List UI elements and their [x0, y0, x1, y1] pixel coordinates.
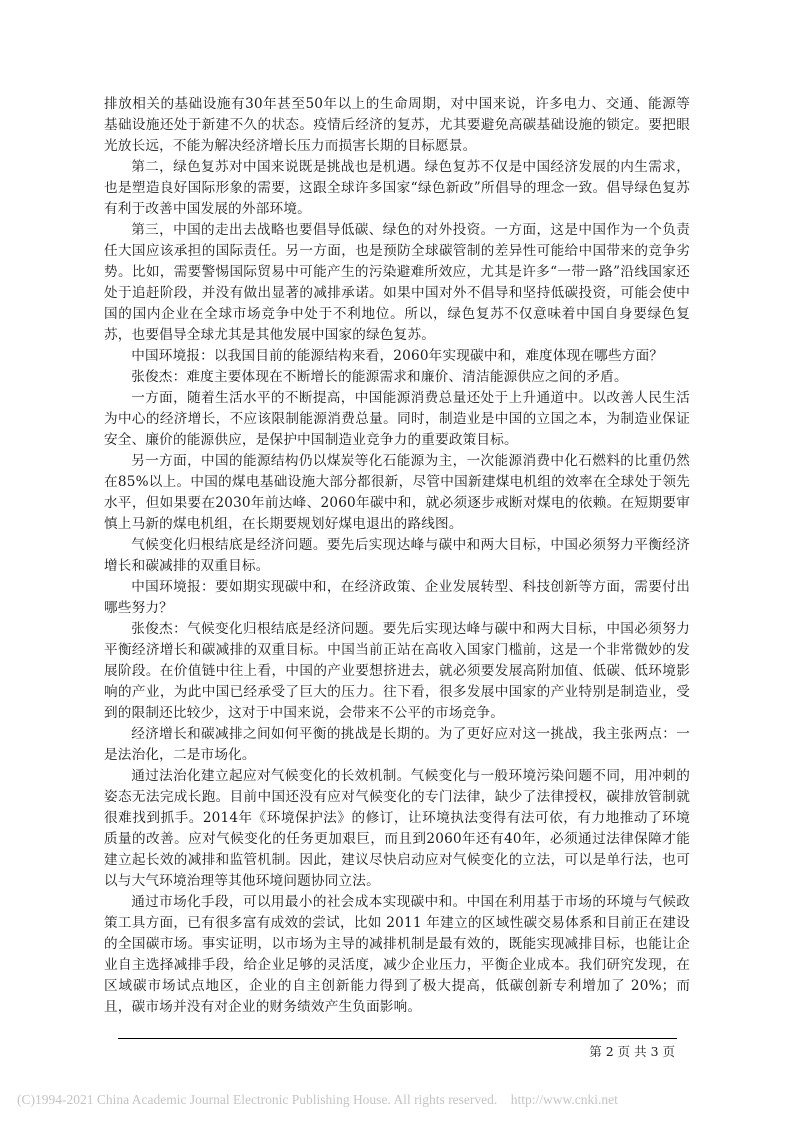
footer-divider — [118, 1038, 677, 1039]
paragraph: 排放相关的基础设施有30年甚至50年以上的生命周期，对中国来说，许多电力、交通、… — [104, 94, 690, 157]
interview-answer: 张俊杰：难度主要体现在不断增长的能源需求和廉价、清洁能源供应之间的矛盾。 — [104, 367, 690, 388]
paragraph: 第三，中国的走出去战略也要倡导低碳、绿色的对外投资。一方面，这是中国作为一个负责… — [104, 220, 690, 346]
paragraph: 另一方面，中国的能源结构仍以煤炭等化石能源为主，一次能源消费中化石燃料的比重仍然… — [104, 451, 690, 535]
paragraph: 一方面，随着生活水平的不断提高，中国能源消费总量还处于上升通道中。以改善人民生活… — [104, 388, 690, 451]
document-body: 排放相关的基础设施有30年甚至50年以上的生命周期，对中国来说，许多电力、交通、… — [104, 94, 690, 1018]
interview-question: 中国环境报：要如期实现碳中和，在经济政策、企业发展转型、科技创新等方面，需要付出… — [104, 577, 690, 619]
interview-question: 中国环境报：以我国目前的能源结构来看，2060年实现碳中和，难度体现在哪些方面？ — [104, 346, 690, 367]
paragraph: 气候变化归根结底是经济问题。要先后实现达峰与碳中和两大目标，中国必须努力平衡经济… — [104, 535, 690, 577]
paragraph: 通过法治化建立起应对气候变化的长效机制。气候变化与一般环境污染问题不同，用冲刺的… — [104, 766, 690, 892]
paragraph: 通过市场化手段，可以用最小的社会成本实现碳中和。中国在利用基于市场的环境与气候政… — [104, 892, 690, 1018]
interview-answer: 张俊杰：气候变化归根结底是经济问题。要先后实现达峰与碳中和两大目标，中国必须努力… — [104, 619, 690, 724]
copyright-watermark: (C)1994-2021 China Academic Journal Elec… — [17, 1092, 777, 1108]
paragraph: 第二，绿色复苏对中国来说既是挑战也是机遇。绿色复苏不仅是中国经济发展的内生需求，… — [104, 157, 690, 220]
paragraph: 经济增长和碳减排之间如何平衡的挑战是长期的。为了更好应对这一挑战，我主张两点：一… — [104, 724, 690, 766]
page-number: 第 2 页 共 3 页 — [589, 1042, 675, 1060]
